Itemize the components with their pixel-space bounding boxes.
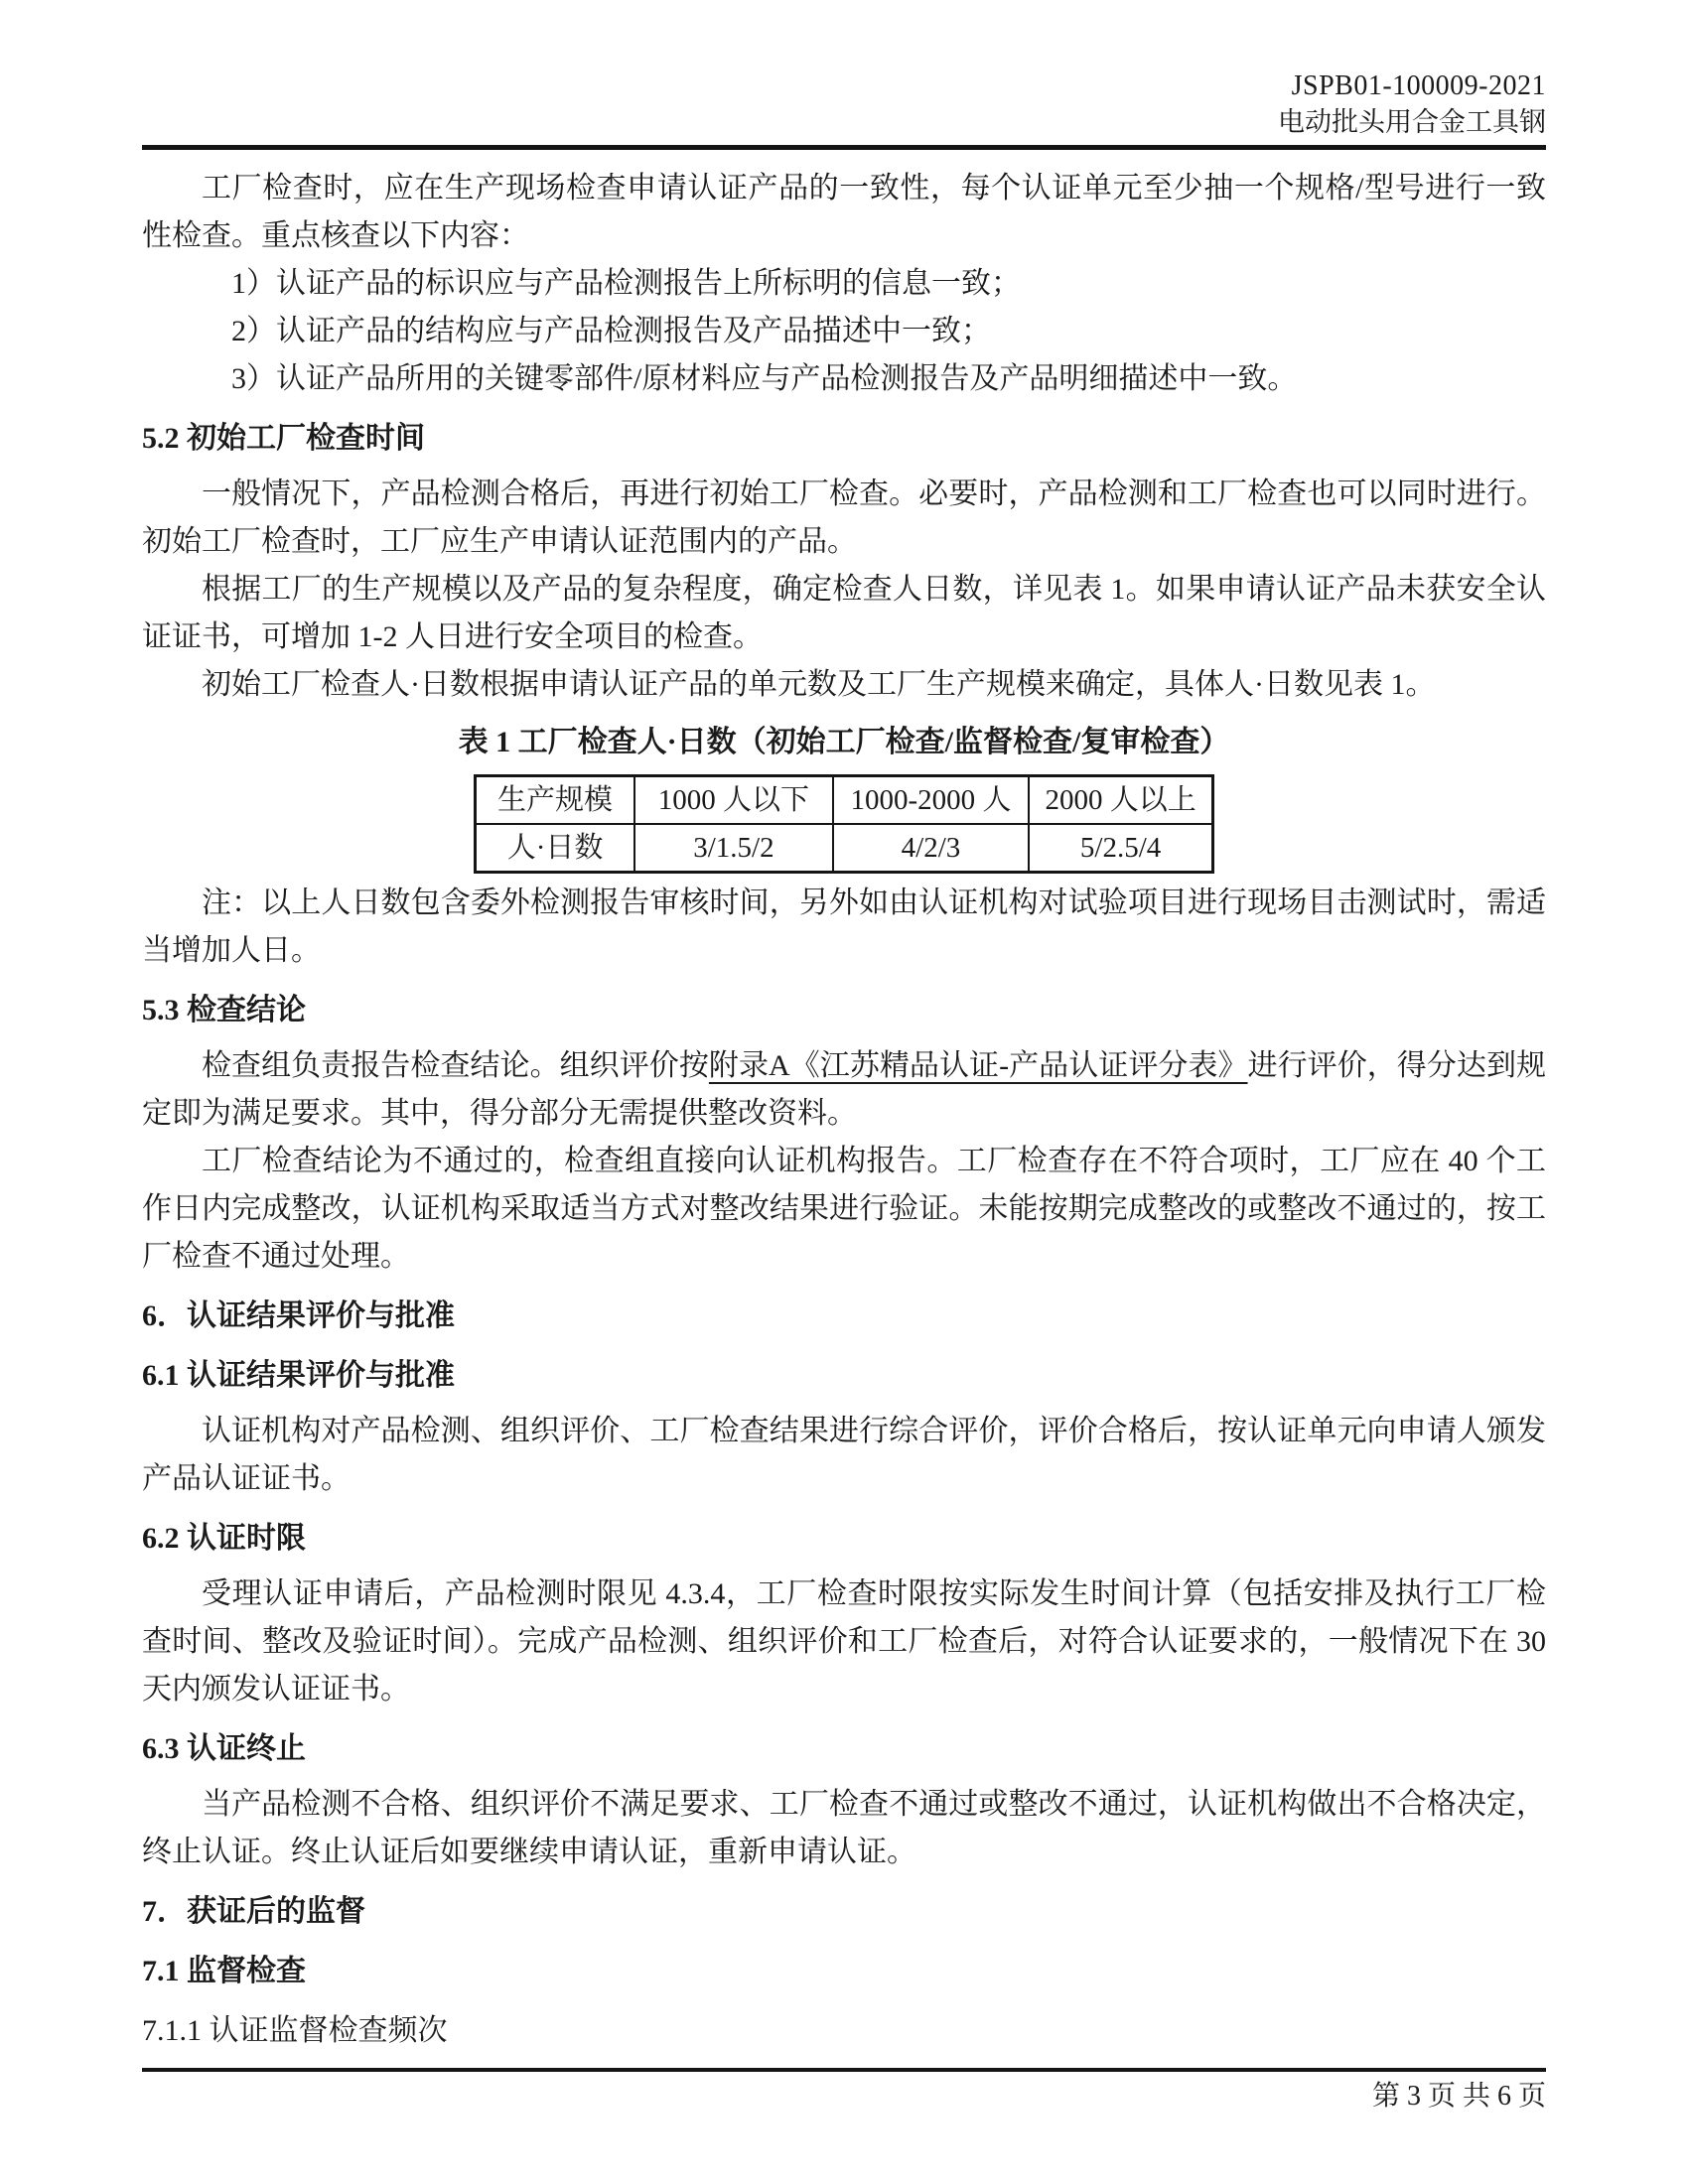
appendix-a-reference: 附录A《江苏精品认证-产品认证评分表》 <box>709 1049 1248 1082</box>
heading-6-3: 6.3 认证终止 <box>142 1725 1546 1773</box>
table-row-header: 生产规模 1000 人以下 1000-2000 人 2000 人以上 <box>476 776 1213 825</box>
paragraph-5-2-2: 根据工厂的生产规模以及产品的复杂程度，确定检查人日数，详见表 1。如果申请认证产… <box>142 566 1546 661</box>
table-cell-scale-label: 生产规模 <box>476 776 635 825</box>
table-cell-value-2: 4/2/3 <box>833 824 1029 873</box>
inspection-checklist: 1）认证产品的标识应与产品检测报告上所标明的信息一致； 2）认证产品的结构应与产… <box>142 260 1546 403</box>
table-cell-value-3: 5/2.5/4 <box>1029 824 1212 873</box>
paragraph-5-3-2: 工厂检查结论为不通过的，检查组直接向认证机构报告。工厂检查存在不符合项时，工厂应… <box>142 1138 1546 1281</box>
heading-5-3: 5.3 检查结论 <box>142 987 1546 1034</box>
document-page: JSPB01-100009-2021 电动批头用合金工具钢 工厂检查时，应在生产… <box>0 0 1688 2184</box>
list-item-3: 3）认证产品所用的关键零部件/原材料应与产品检测报告及产品明细描述中一致。 <box>142 355 1546 403</box>
paragraph-6-3: 当产品检测不合格、组织评价不满足要求、工厂检查不通过或整改不通过，认证机构做出不… <box>142 1781 1546 1876</box>
document-body: 工厂检查时，应在生产现场检查申请认证产品的一致性，每个认证单元至少抽一个规格/型… <box>142 165 1546 2063</box>
list-item-2: 2）认证产品的结构应与产品检测报告及产品描述中一致； <box>142 308 1546 355</box>
paragraph-5-2-1: 一般情况下，产品检测合格后，再进行初始工厂检查。必要时，产品检测和工厂检查也可以… <box>142 471 1546 566</box>
table1-note: 注：以上人日数包含委外检测报告审核时间，另外如由认证机构对试验项目进行现场目击测… <box>142 880 1546 975</box>
heading-6-2: 6.2 认证时限 <box>142 1515 1546 1563</box>
paragraph-6-2: 受理认证申请后，产品检测时限见 4.3.4，工厂检查时限按实际发生时间计算（包括… <box>142 1570 1546 1713</box>
page-number: 第 3 页 共 6 页 <box>1372 2079 1546 2115</box>
document-subject: 电动批头用合金工具钢 <box>1278 103 1546 141</box>
heading-5-2: 5.2 初始工厂检查时间 <box>142 415 1546 463</box>
document-number: JSPB01-100009-2021 <box>1278 69 1546 103</box>
header-rule <box>142 145 1546 150</box>
heading-6-1: 6.1 认证结果评价与批准 <box>142 1352 1546 1400</box>
footer-rule <box>142 2068 1546 2072</box>
paragraph-5-3-1: 检查组负责报告检查结论。组织评价按附录A《江苏精品认证-产品认证评分表》进行评价… <box>142 1042 1546 1138</box>
table-cell-1000-2000: 1000-2000 人 <box>833 776 1029 825</box>
paragraph-5-3-1-lead: 检查组负责报告检查结论。组织评价按 <box>202 1049 709 1082</box>
paragraph-6-1: 认证机构对产品检测、组织评价、工厂检查结果进行综合评价，评价合格后，按认证单元向… <box>142 1408 1546 1503</box>
table1-title: 表 1 工厂检查人·日数（初始工厂检查/监督检查/复审检查） <box>142 719 1546 766</box>
paragraph-factory-inspection: 工厂检查时，应在生产现场检查申请认证产品的一致性，每个认证单元至少抽一个规格/型… <box>142 165 1546 260</box>
page-header: JSPB01-100009-2021 电动批头用合金工具钢 <box>1278 69 1546 141</box>
heading-7: 7．获证后的监督 <box>142 1888 1546 1936</box>
paragraph-5-2-3: 初始工厂检查人·日数根据申请认证产品的单元数及工厂生产规模来确定，具体人·日数见… <box>142 661 1546 709</box>
table-cell-under-1000: 1000 人以下 <box>634 776 833 825</box>
table-cell-manday-label: 人·日数 <box>476 824 635 873</box>
table-cell-over-2000: 2000 人以上 <box>1029 776 1212 825</box>
table-row-values: 人·日数 3/1.5/2 4/2/3 5/2.5/4 <box>476 824 1213 873</box>
heading-7-1: 7.1 监督检查 <box>142 1948 1546 1995</box>
heading-7-1-1: 7.1.1 认证监督检查频次 <box>142 2007 1546 2055</box>
list-item-1: 1）认证产品的标识应与产品检测报告上所标明的信息一致； <box>142 260 1546 308</box>
heading-6: 6．认证结果评价与批准 <box>142 1293 1546 1340</box>
table-cell-value-1: 3/1.5/2 <box>634 824 833 873</box>
man-day-table: 生产规模 1000 人以下 1000-2000 人 2000 人以上 人·日数 … <box>474 774 1214 874</box>
